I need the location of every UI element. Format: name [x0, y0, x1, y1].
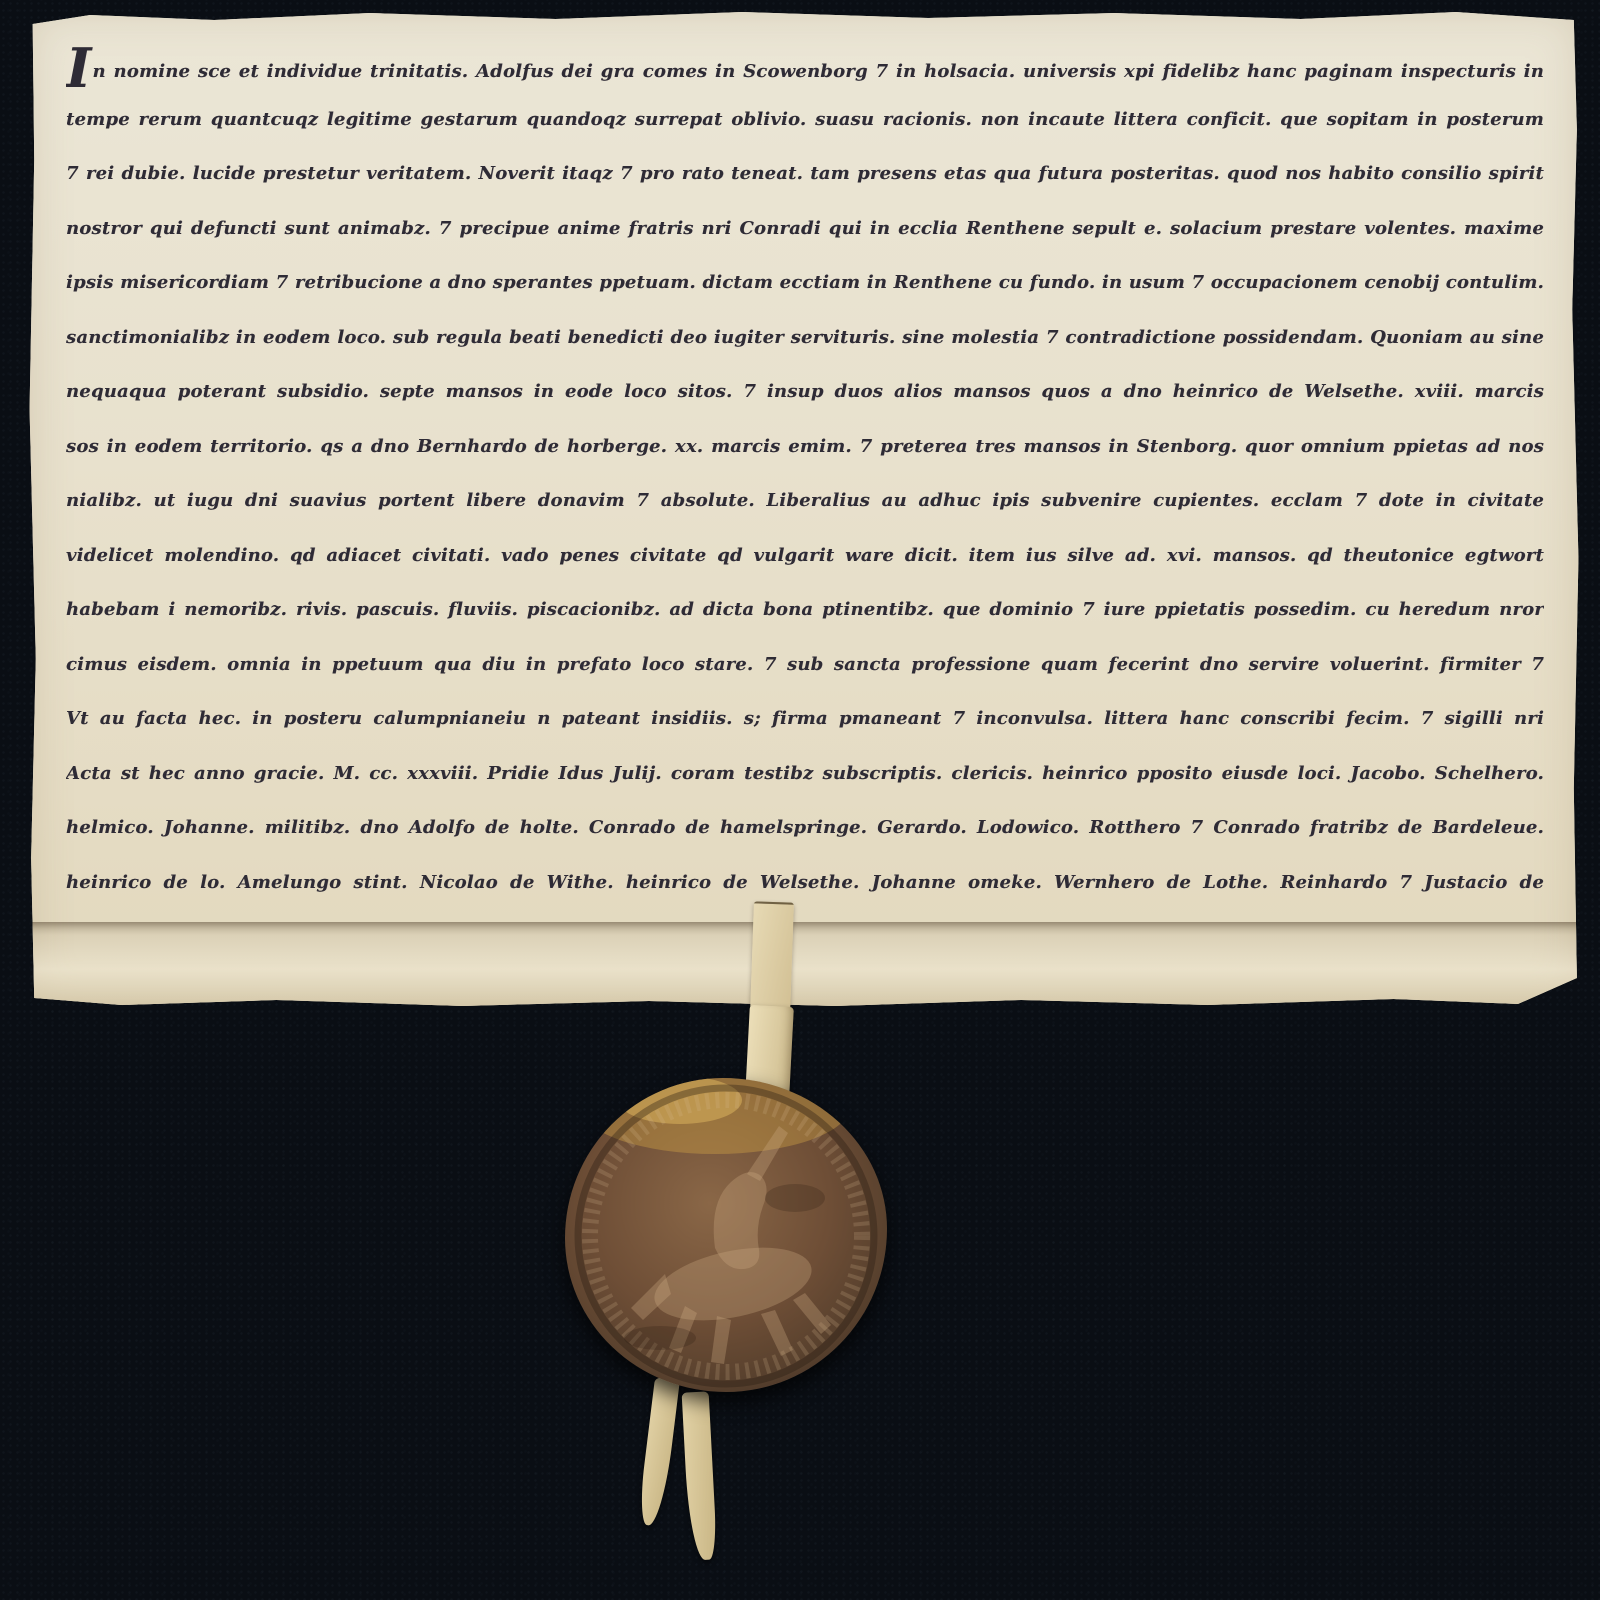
seal-tag-tail-right — [682, 1391, 718, 1560]
seal-shadow-spot — [624, 1326, 696, 1350]
photograph-background: In nomine sce et individue trinitatis. A… — [0, 0, 1600, 1600]
charter-line: sanctimonialibz in eodem loco. sub regul… — [66, 311, 1544, 366]
seal-tag-threaded — [750, 901, 794, 1014]
charter-line: habebam i nemoribz. rivis. pascuis. fluv… — [66, 583, 1544, 638]
charter-line: heinrico de lo. Amelungo stint. Nicolao … — [66, 856, 1544, 911]
wax-seal-relief — [565, 1078, 887, 1392]
wax-seal — [565, 1078, 887, 1392]
charter-text: In nomine sce et individue trinitatis. A… — [66, 38, 1544, 910]
seal-tag-tail-left — [637, 1377, 680, 1527]
charter-line: nequaqua poterant subsidio. septe mansos… — [66, 365, 1544, 420]
charter-line: ipsis misericordiam 7 retribucione a dno… — [66, 256, 1544, 311]
charter-line: 7 rei dubie. lucide prestetur veritatem.… — [66, 147, 1544, 202]
charter-line: cimus eisdem. omnia in ppetuum qua diu i… — [66, 638, 1544, 693]
charter-line: nialibz. ut iugu dni suavius portent lib… — [66, 474, 1544, 529]
charter-line: tempe rerum quantcuqz legitime gestarum … — [66, 93, 1544, 148]
charter-line: In nomine sce et individue trinitatis. A… — [66, 38, 1544, 93]
charter-line: nostror qui defuncti sunt animabz. 7 pre… — [66, 202, 1544, 257]
charter-line: helmico. Johanne. militibz. dno Adolfo d… — [66, 801, 1544, 856]
plica-fold — [28, 922, 1580, 1008]
charter-line: Vt au facta hec. in posteru calumpnianei… — [66, 692, 1544, 747]
charter-line: sos in eodem territorio. qs a dno Bernha… — [66, 420, 1544, 475]
initial-letter: I — [66, 48, 91, 88]
charter-line: Acta st hec anno gracie. M. cc. xxxviii.… — [66, 747, 1544, 802]
seal-shadow-spot — [765, 1184, 825, 1212]
charter-line-text: n nomine sce et individue trinitatis. Ad… — [66, 61, 1544, 93]
charter-line: videlicet molendino. qd adiacet civitati… — [66, 529, 1544, 584]
parchment-charter: In nomine sce et individue trinitatis. A… — [28, 10, 1580, 1008]
